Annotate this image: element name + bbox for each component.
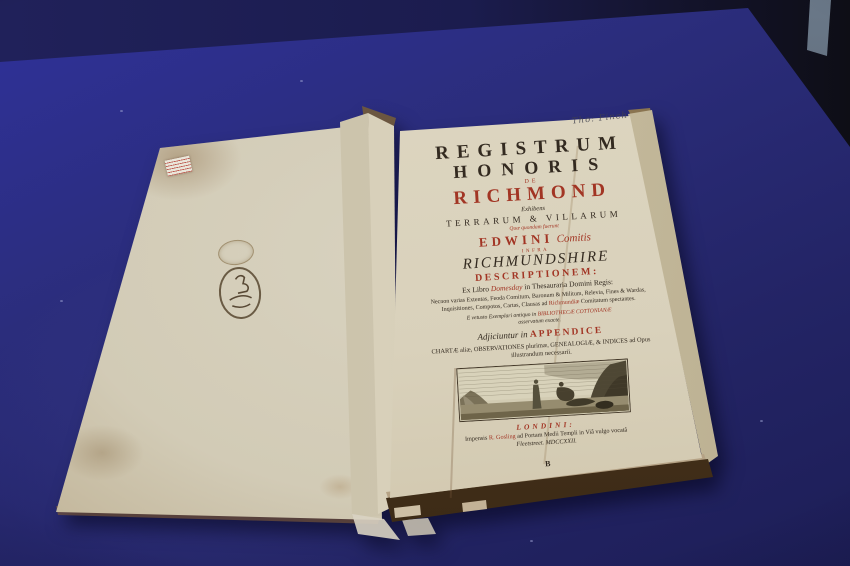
armorial-stamp-icon xyxy=(213,262,267,325)
cottoniana-words: BIBLIOTHECÆ COTTONIANÆ xyxy=(538,307,612,317)
appendice-word: APPENDICE xyxy=(530,325,604,339)
richmundiae-word: Richmundiæ xyxy=(549,299,580,307)
comitis-word: Comitis xyxy=(556,231,591,245)
engraved-vignette xyxy=(456,359,631,423)
photo-scene: Tho: Finch REGISTRUM HONORIS DE RICHMOND… xyxy=(0,0,850,566)
handwritten-owner-inscription: Tho: Finch xyxy=(550,109,650,129)
title-page-text: Tho: Finch REGISTRUM HONORIS DE RICHMOND… xyxy=(402,109,674,475)
domesday-word: Domesday xyxy=(491,282,523,293)
open-book: Tho: Finch REGISTRUM HONORIS DE RICHMOND… xyxy=(0,0,850,566)
gosling-name: R. Gosling xyxy=(489,433,516,442)
